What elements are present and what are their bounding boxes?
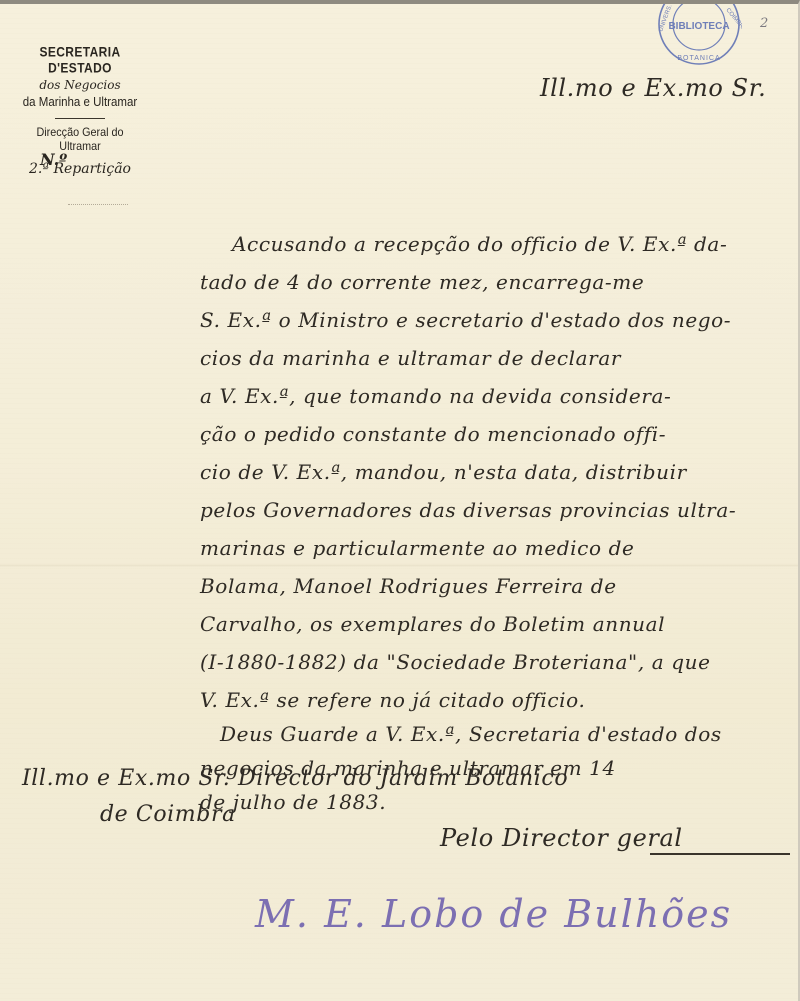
body-line: V. Ex.ª se refere no já citado officio. [200,688,585,712]
signature: M. E. Lobo de Bulhões [255,892,732,936]
number-blank-line [68,204,128,205]
body-line: Bolama, Manoel Rodrigues Ferreira de [200,574,617,598]
letterhead-negocios: dos Negocios [10,78,150,92]
letterhead-ministry: SECRETARIA D'ESTADO [10,44,150,76]
letterhead-divider [55,118,105,119]
page-number: 2 [760,16,768,31]
letterhead-section: 2.ª Repartição [10,161,150,177]
body-line: pelos Governadores das diversas provinci… [200,498,736,522]
body-line: S. Ex.ª o Ministro e secretario d'estado… [200,308,731,332]
signoff: Pelo Director geral [440,824,683,852]
signoff-rule [650,853,790,855]
svg-text:BOTANICA: BOTANICA [677,55,720,62]
addressee-line: Ill.mo e Ex.mo Sr. Director do Jardim Bo… [22,766,568,791]
body-line: cio de V. Ex.ª, mandou, n'esta data, dis… [200,460,687,484]
salutation: Ill.mo e Ex.mo Sr. [540,74,766,102]
body-line: cios da marinha e ultramar de declarar [200,346,621,370]
body-line: tado de 4 do corrente mez, encarrega-me [200,270,644,294]
letterhead-directorate: Direcção Geral do Ultramar [17,125,143,153]
body-line: a V. Ex.ª, que tomando na devida conside… [200,384,671,408]
svg-text:BIBLIOTECA: BIBLIOTECA [668,21,729,32]
body-line: marinas e particularmente ao medico de [200,536,634,560]
body-line-closing: Deus Guarde a V. Ex.ª, Secretaria d'esta… [220,722,722,746]
paper-fold [0,564,798,567]
body-line: (I-1880-1882) da "Sociedade Broteriana",… [200,650,711,674]
addressee-city: de Coimbra [100,802,236,827]
body-line: Accusando a recepção do officio de V. Ex… [232,232,727,256]
letter-page: SECRETARIA D'ESTADO dos Negocios da Mari… [0,0,800,1001]
letterhead-department: da Marinha e Ultramar [16,95,145,109]
library-stamp-icon: BIBLIOTECA BOTANICA UNIVERS. COIMBRA [656,4,742,68]
body-line: ção o pedido constante do mencionado off… [200,422,666,446]
letterhead: SECRETARIA D'ESTADO dos Negocios da Mari… [10,46,150,177]
body-line: Carvalho, os exemplares do Boletim annua… [200,612,665,636]
letterhead-number-label: N.º [40,150,67,169]
